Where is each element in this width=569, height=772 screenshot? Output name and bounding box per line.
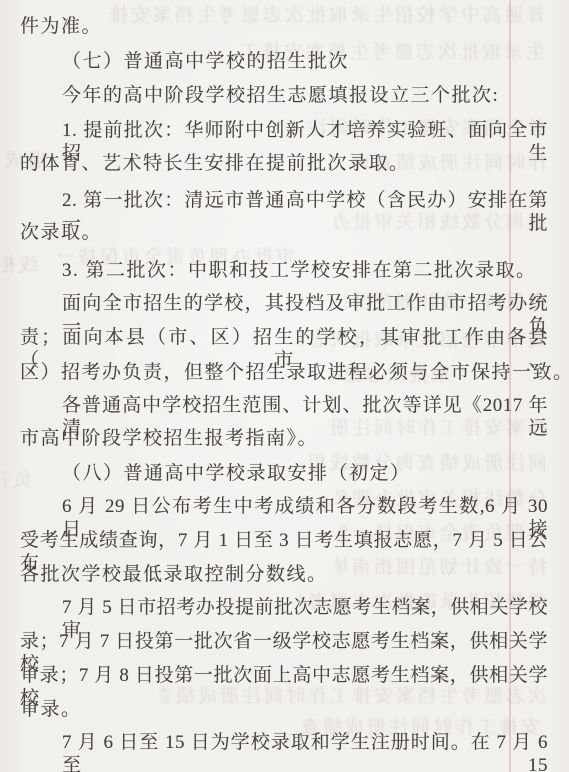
text-line-17: 各批次学校最低录取控制分数线。	[20, 563, 548, 586]
text-line-13: 市高中阶段学校招生报考指南》。	[20, 427, 548, 450]
text-line-22: 7 月 6 日至 15 日为学校录取和学生注册时间。在 7 月 6 至 15	[20, 731, 548, 772]
document-text: 件为准。（七）普通高中学校的招生批次今年的高中阶段学校招生志愿填报设立三个批次:…	[0, 0, 569, 772]
text-line-8: 3. 第二批次：中职和技工学校安排在第二批次录取。	[20, 259, 548, 282]
text-line-3: 今年的高中阶段学校招生志愿填报设立三个批次:	[20, 84, 548, 107]
red-margin-line	[509, 0, 511, 772]
text-line-5: 的体育、艺术特长生安排在提前批次录取。	[20, 152, 548, 175]
text-line-1: 件为准。	[20, 15, 548, 38]
text-line-14: （八）普通高中学校录取安排（初定）	[20, 462, 548, 485]
text-line-2: （七）普通高中学校的招生批次	[20, 50, 548, 73]
text-line-7: 次录取。	[20, 221, 548, 244]
text-line-11: 区）招考办负责，但整个招生录取进程必须与全市保持一致。	[20, 361, 548, 384]
text-line-21: 审录。	[20, 698, 548, 721]
scanned-document-page: 普通高中学校招生录取批次志愿考生档案安排工作时间注册成绩查询分数线相关审批办理负…	[0, 0, 569, 772]
